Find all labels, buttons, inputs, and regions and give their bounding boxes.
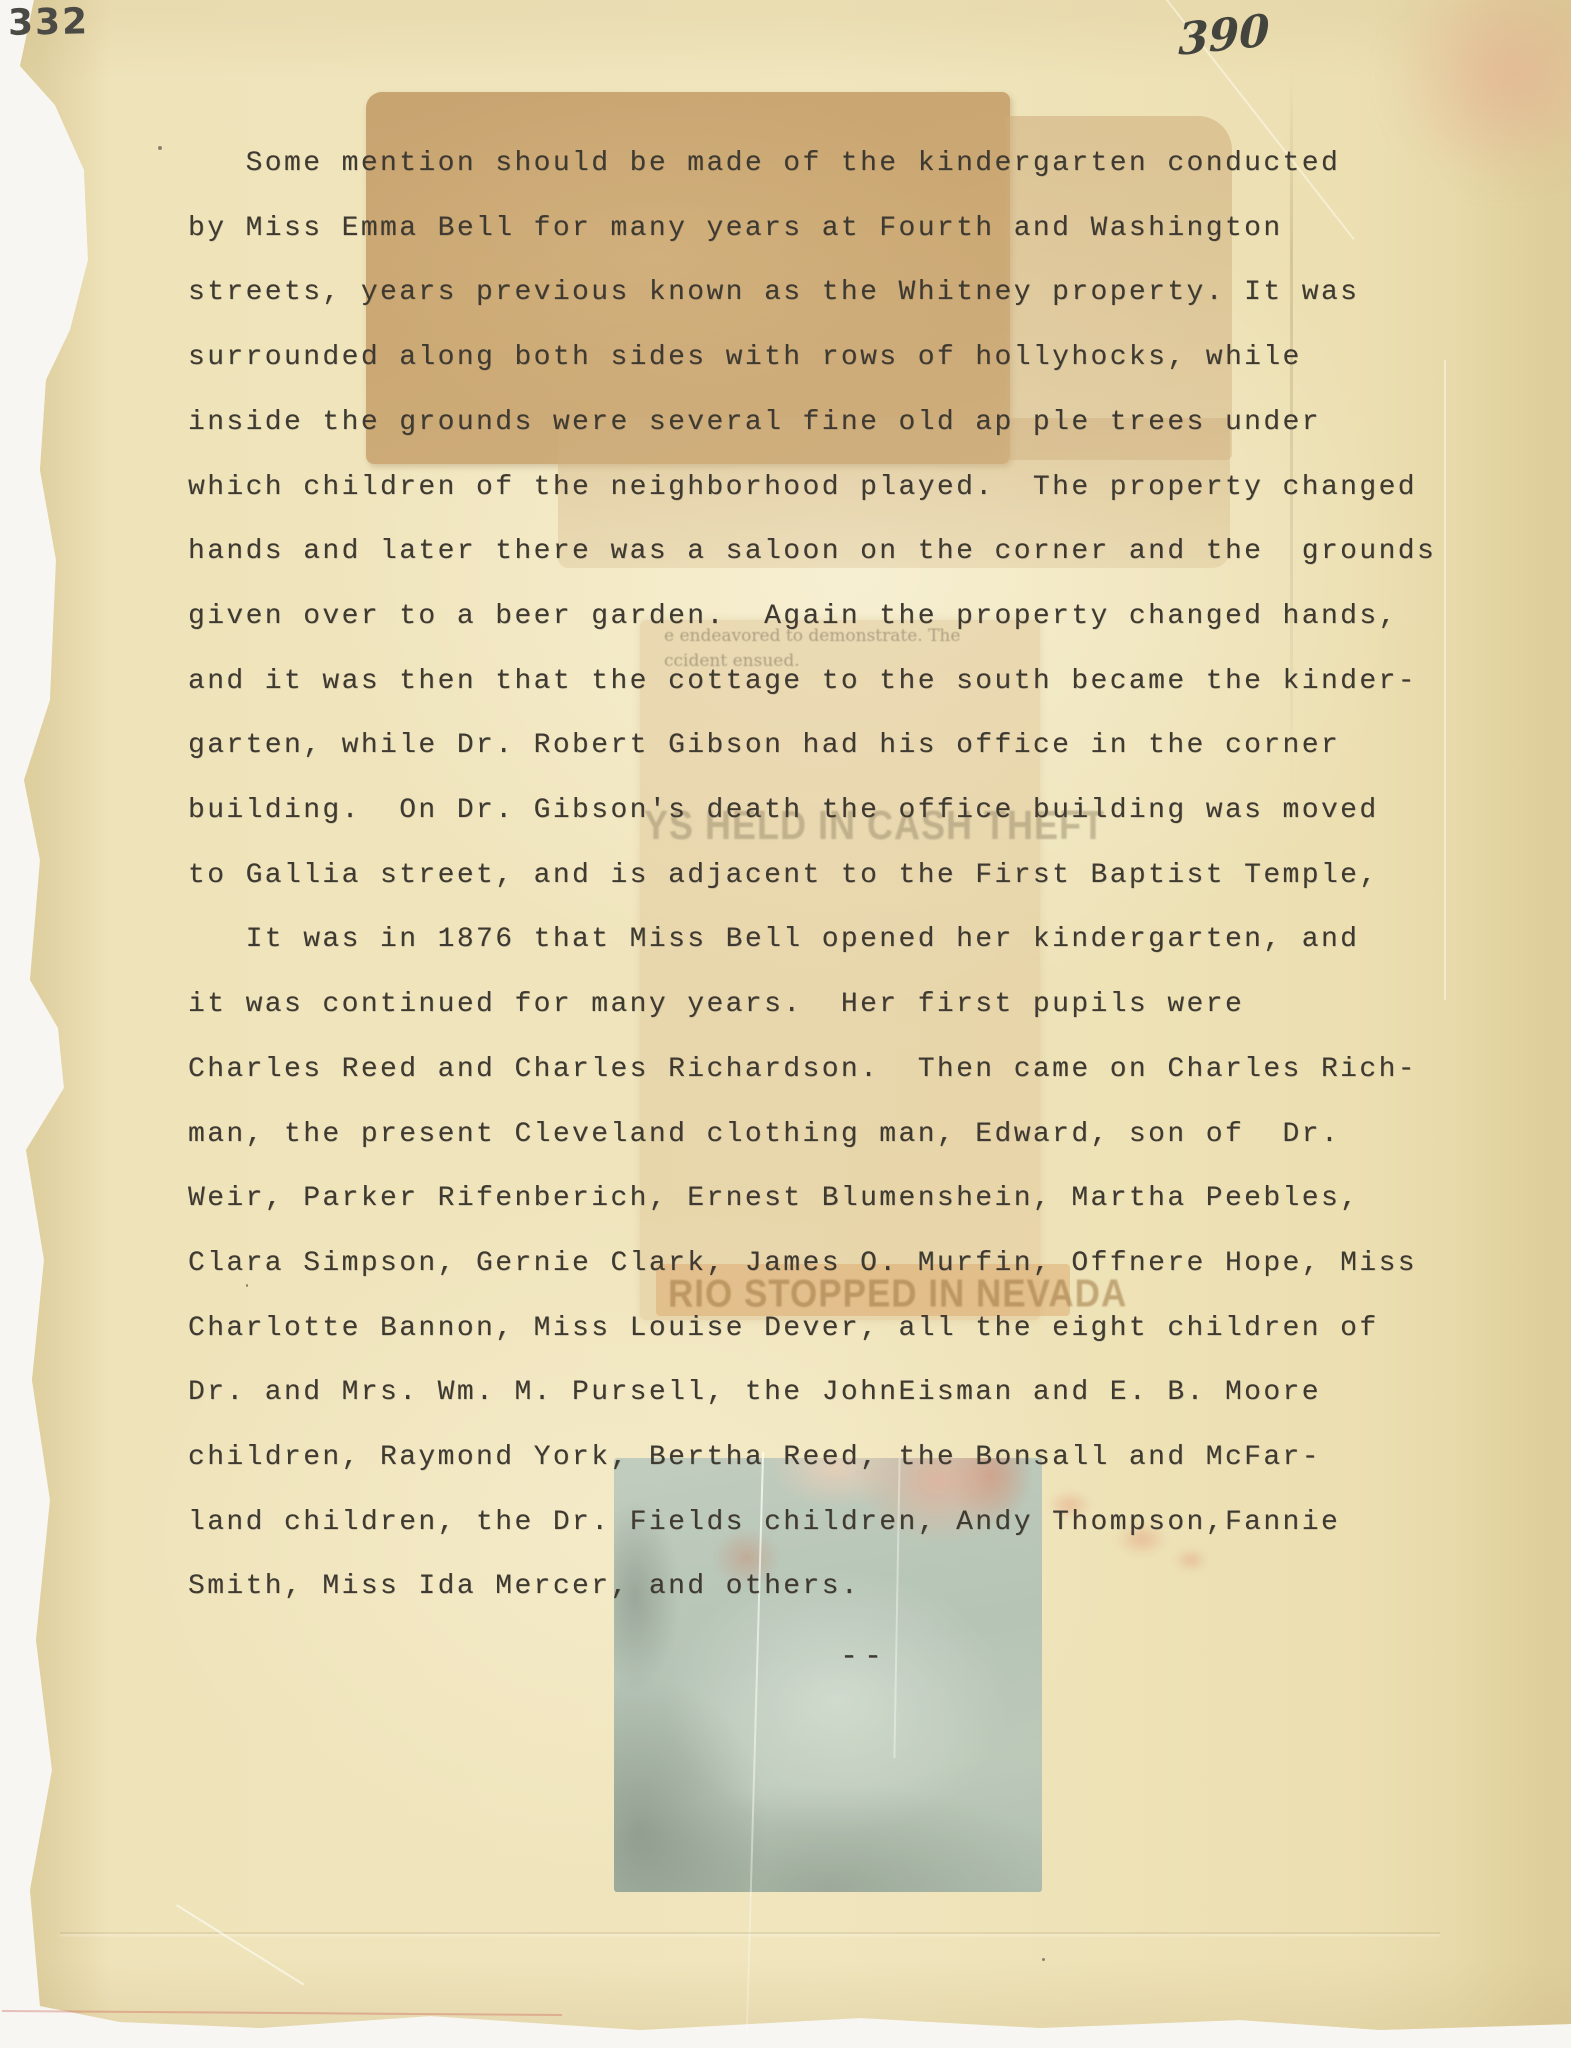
typescript-line: Weir, Parker Rifenberich, Ernest Blumens… (188, 1183, 1359, 1215)
typescript-line: streets, years previous known as the Whi… (188, 277, 1359, 309)
typescript-line: and it was then that the cottage to the … (188, 666, 1417, 698)
ink-speck (1042, 1958, 1045, 1961)
typescript-line: given over to a beer garden. Again the p… (188, 601, 1398, 633)
typescript-line: Dr. and Mrs. Wm. M. Pursell, the JohnEis… (188, 1377, 1321, 1409)
typescript-line: it was continued for many years. Her fir… (188, 989, 1244, 1021)
typescript-line: Clara Simpson, Gernie Clark, James O. Mu… (188, 1248, 1417, 1280)
typescript-line: which children of the neighborhood playe… (188, 472, 1417, 504)
typescript-line: It was in 1876 that Miss Bell opened her… (188, 924, 1359, 956)
ink-speck (246, 1284, 248, 1287)
typescript-line: building. On Dr. Gibson's death the offi… (188, 795, 1379, 827)
typescript-line: land children, the Dr. Fields children, … (188, 1507, 1340, 1539)
typescript-line: Some mention should be made of the kinde… (188, 148, 1340, 180)
typescript-line: Charlotte Bannon, Miss Louise Dever, all… (188, 1313, 1379, 1345)
typescript-line: man, the present Cleveland clothing man,… (188, 1119, 1340, 1151)
typescript-line: Charles Reed and Charles Richardson. The… (188, 1054, 1417, 1086)
typescript-line: to Gallia street, and is adjacent to the… (188, 860, 1379, 892)
photo-pink-blot (1174, 1548, 1208, 1572)
typescript-line: garten, while Dr. Robert Gibson had his … (188, 730, 1340, 762)
scanned-document-page: e endeavored to demonstrate. The ccident… (0, 0, 1571, 2048)
typescript-line: Smith, Miss Ida Mercer, and others. (188, 1571, 860, 1603)
ink-speck (158, 146, 162, 150)
typescript-line: by Miss Emma Bell for many years at Four… (188, 213, 1283, 245)
typescript-line: surrounded along both sides with rows of… (188, 342, 1302, 374)
page-number-handwritten-right: 390 (1178, 5, 1269, 66)
typescript-line: inside the grounds were several fine old… (188, 407, 1321, 439)
page-number-handwritten-left: 332 (8, 1, 90, 43)
typescript-end-mark: -- (840, 1640, 888, 1674)
typescript-line: children, Raymond York, Bertha Reed, the… (188, 1442, 1321, 1474)
typescript-line: hands and later there was a saloon on th… (188, 536, 1436, 568)
